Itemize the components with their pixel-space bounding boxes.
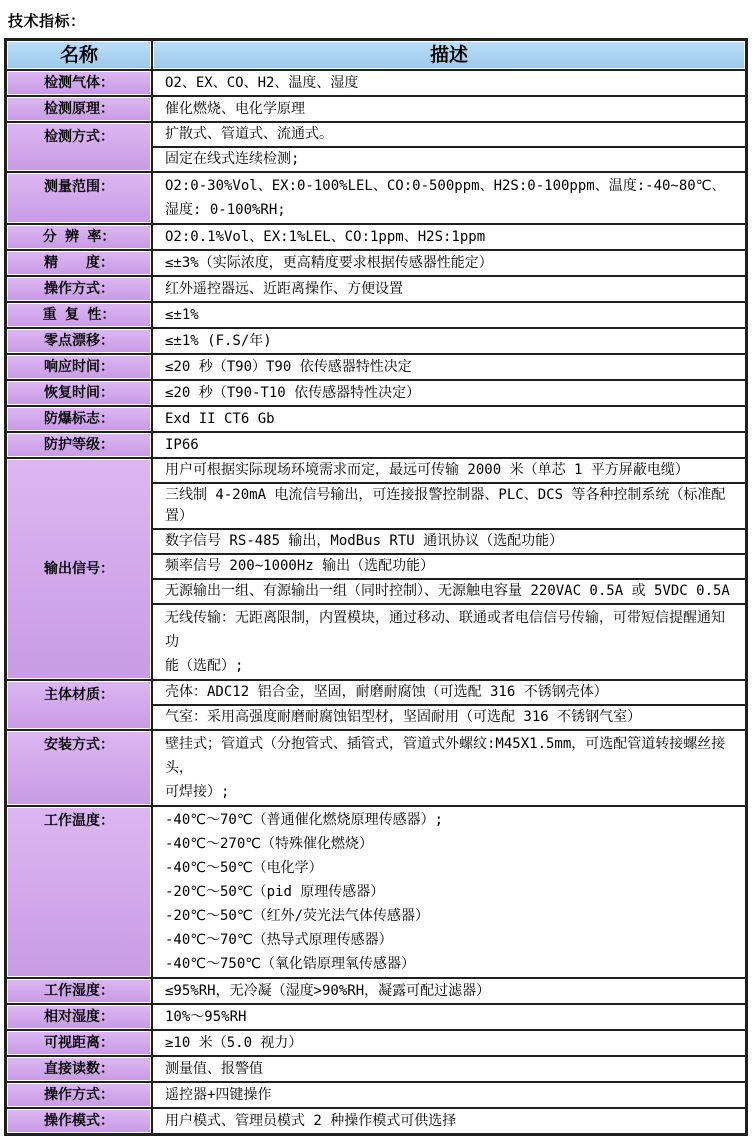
column-header-name: 名称 — [7, 41, 151, 69]
spec-name-cell: 操作模式： — [7, 1109, 151, 1133]
table-row: 安装方式：壁挂式；管道式（分抱管式、插管式，管道式外螺纹:M45X1.5mm，可… — [7, 731, 745, 805]
spec-table: 名称 描述 检测气体：O2、EX、CO、H2、温度、湿度检测原理：催化燃烧、电化… — [4, 38, 748, 1136]
spec-desc-cell: Exd II CT6 Gb — [153, 407, 745, 431]
table-row: 防护等级：IP66 — [7, 433, 745, 457]
table-row: 检测原理：催化燃烧、电化学原理 — [7, 97, 745, 121]
spec-name-cell: 检测原理： — [7, 97, 151, 121]
table-row: 工作温度：-40℃～70℃（普通催化燃烧原理传感器）; -40℃～270℃（特殊… — [7, 807, 745, 977]
table-row: 检测方式：扩散式、管道式、流通式。 — [7, 123, 745, 146]
table-row: 零点漂移：≤±1% (F.S/年) — [7, 329, 745, 353]
spec-desc-cell: 无线传输：无距离限制，内置模块，通过移动、联通或者电信信号传输，可带短信提醒通知… — [153, 605, 745, 679]
table-row: 检测气体：O2、EX、CO、H2、温度、湿度 — [7, 71, 745, 95]
page-title: 技术指标： — [0, 0, 752, 38]
spec-name-cell: 分 辨 率： — [7, 225, 151, 249]
table-header-row: 名称 描述 — [7, 41, 745, 69]
spec-desc-cell: 催化燃烧、电化学原理 — [153, 97, 745, 121]
spec-name-cell: 工作温度： — [7, 807, 151, 977]
table-row: 测量范围：O2:0-30%Vol、EX:0-100%LEL、CO:0-500pp… — [7, 173, 745, 223]
table-row: 主体材质：壳体：ADC12 铝合金，坚固，耐磨耐腐蚀（可选配 316 不锈钢壳体… — [7, 681, 745, 704]
spec-name-cell: 可视距离： — [7, 1031, 151, 1055]
table-row: 精 度：≤±3%（实际浓度，更高精度要求根据传感器性能定） — [7, 251, 745, 275]
table-row: 操作方式：遥控器+四键操作 — [7, 1083, 745, 1107]
spec-name-cell: 主体材质： — [7, 681, 151, 729]
spec-desc-cell: 气室：采用高强度耐磨耐腐蚀铝型材，坚固耐用（可选配 316 不锈钢气室） — [153, 706, 745, 729]
spec-desc-cell: 固定在线式连续检测; — [153, 148, 745, 171]
spec-name-cell: 输出信号： — [7, 459, 151, 679]
spec-name-cell: 检测气体： — [7, 71, 151, 95]
table-row: 可视距离：≥10 米（5.0 视力） — [7, 1031, 745, 1055]
spec-desc-cell: 扩散式、管道式、流通式。 — [153, 123, 745, 146]
table-row: 重 复 性：≤±1% — [7, 303, 745, 327]
spec-desc-cell: ≤20 秒（T90-T10 依传感器特性决定） — [153, 381, 745, 405]
spec-name-cell: 工作湿度： — [7, 979, 151, 1003]
spec-desc-cell: 壳体：ADC12 铝合金，坚固，耐磨耐腐蚀（可选配 316 不锈钢壳体） — [153, 681, 745, 704]
spec-desc-cell: ≤±1% (F.S/年) — [153, 329, 745, 353]
spec-desc-cell: 10%～95%RH — [153, 1005, 745, 1029]
spec-desc-cell: ≤95%RH，无冷凝（湿度>90%RH，凝露可配过滤器） — [153, 979, 745, 1003]
table-row: 分 辨 率：O2:0.1%Vol、EX:1%LEL、CO:1ppm、H2S:1p… — [7, 225, 745, 249]
spec-desc-cell: ≤±3%（实际浓度，更高精度要求根据传感器性能定） — [153, 251, 745, 275]
spec-desc-cell: O2:0.1%Vol、EX:1%LEL、CO:1ppm、H2S:1ppm — [153, 225, 745, 249]
spec-name-cell: 防爆标志： — [7, 407, 151, 431]
spec-name-cell: 测量范围： — [7, 173, 151, 223]
table-row: 工作湿度：≤95%RH，无冷凝（湿度>90%RH，凝露可配过滤器） — [7, 979, 745, 1003]
table-row: 操作模式：用户模式、管理员模式 2 种操作模式可供选择 — [7, 1109, 745, 1133]
table-row: 操作方式：红外遥控器远、近距离操作、方便设置 — [7, 277, 745, 301]
spec-name-cell: 安装方式： — [7, 731, 151, 805]
spec-desc-cell: ≤20 秒（T90）T90 依传感器特性决定 — [153, 355, 745, 379]
spec-name-cell: 响应时间： — [7, 355, 151, 379]
spec-desc-cell: ≤±1% — [153, 303, 745, 327]
spec-desc-cell: 数字信号 RS-485 输出，ModBus RTU 通讯协议（选配功能） — [153, 530, 745, 553]
spec-name-cell: 检测方式： — [7, 123, 151, 171]
spec-name-cell: 直接读数： — [7, 1057, 151, 1081]
spec-name-cell: 零点漂移： — [7, 329, 151, 353]
spec-name-cell: 相对湿度： — [7, 1005, 151, 1029]
table-row: 直接读数：测量值、报警值 — [7, 1057, 745, 1081]
spec-name-cell: 操作方式： — [7, 277, 151, 301]
spec-desc-cell: O2:0-30%Vol、EX:0-100%LEL、CO:0-500ppm、H2S… — [153, 173, 745, 223]
spec-desc-cell: 三线制 4-20mA 电流信号输出，可连接报警控制器、PLC、DCS 等各种控制… — [153, 484, 745, 528]
spec-table-body: 检测气体：O2、EX、CO、H2、温度、湿度检测原理：催化燃烧、电化学原理检测方… — [7, 71, 745, 1133]
spec-desc-cell: O2、EX、CO、H2、温度、湿度 — [153, 71, 745, 95]
table-row: 防爆标志：Exd II CT6 Gb — [7, 407, 745, 431]
spec-desc-cell: 用户模式、管理员模式 2 种操作模式可供选择 — [153, 1109, 745, 1133]
spec-desc-cell: IP66 — [153, 433, 745, 457]
table-row: 输出信号：用户可根据实际现场环境需求而定，最远可传输 2000 米（单芯 1 平… — [7, 459, 745, 482]
spec-desc-cell: 壁挂式；管道式（分抱管式、插管式，管道式外螺纹:M45X1.5mm，可选配管道转… — [153, 731, 745, 805]
spec-name-cell: 操作方式： — [7, 1083, 151, 1107]
spec-desc-cell: 遥控器+四键操作 — [153, 1083, 745, 1107]
spec-name-cell: 重 复 性： — [7, 303, 151, 327]
spec-name-cell: 防护等级： — [7, 433, 151, 457]
spec-name-cell: 恢复时间： — [7, 381, 151, 405]
spec-desc-cell: 无源输出一组、有源输出一组（同时控制）、无源触电容量 220VAC 0.5A 或… — [153, 580, 745, 603]
spec-desc-cell: ≥10 米（5.0 视力） — [153, 1031, 745, 1055]
spec-desc-cell: 用户可根据实际现场环境需求而定，最远可传输 2000 米（单芯 1 平方屏蔽电缆… — [153, 459, 745, 482]
column-header-desc: 描述 — [153, 41, 745, 69]
spec-desc-cell: -40℃～70℃（普通催化燃烧原理传感器）; -40℃～270℃（特殊催化燃烧）… — [153, 807, 745, 977]
spec-name-cell: 精 度： — [7, 251, 151, 275]
spec-desc-cell: 测量值、报警值 — [153, 1057, 745, 1081]
spec-desc-cell: 红外遥控器远、近距离操作、方便设置 — [153, 277, 745, 301]
table-row: 响应时间：≤20 秒（T90）T90 依传感器特性决定 — [7, 355, 745, 379]
table-row: 相对湿度：10%～95%RH — [7, 1005, 745, 1029]
table-row: 恢复时间：≤20 秒（T90-T10 依传感器特性决定） — [7, 381, 745, 405]
spec-desc-cell: 频率信号 200~1000Hz 输出（选配功能） — [153, 555, 745, 578]
